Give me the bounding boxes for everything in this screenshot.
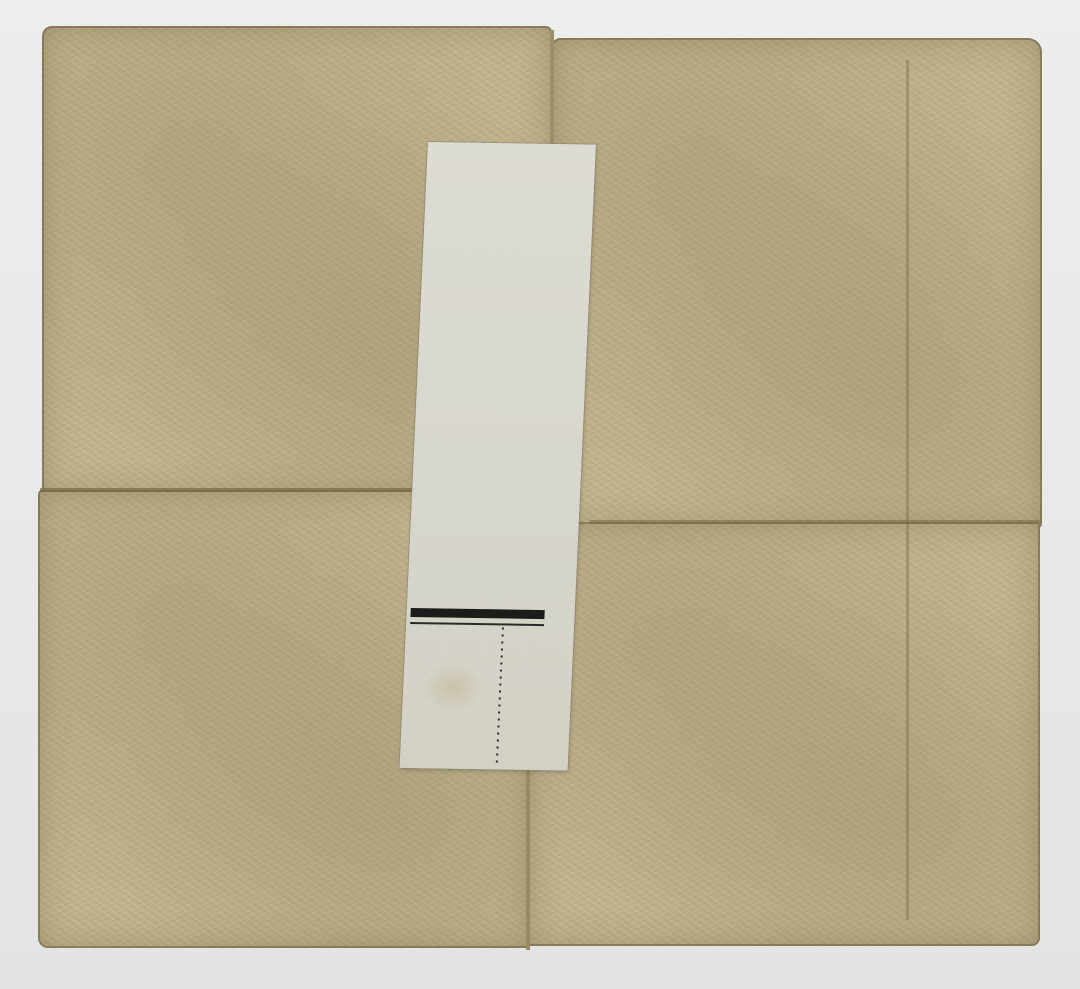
horizontal-fold-left: [40, 488, 460, 492]
top-tear-gap: [550, 30, 554, 150]
paper-strip: [400, 142, 596, 771]
paper-panel-bottom-right: [528, 522, 1040, 946]
dotted-perforation-line: [496, 627, 504, 767]
strip-stain: [422, 662, 484, 713]
vertical-crease-right: [906, 60, 909, 920]
thin-black-rule: [410, 622, 544, 626]
horizontal-fold-right: [590, 520, 1040, 524]
bottom-tear-gap: [526, 760, 530, 950]
paper-panel-top-right: [552, 38, 1042, 528]
thick-black-rule: [410, 608, 544, 619]
